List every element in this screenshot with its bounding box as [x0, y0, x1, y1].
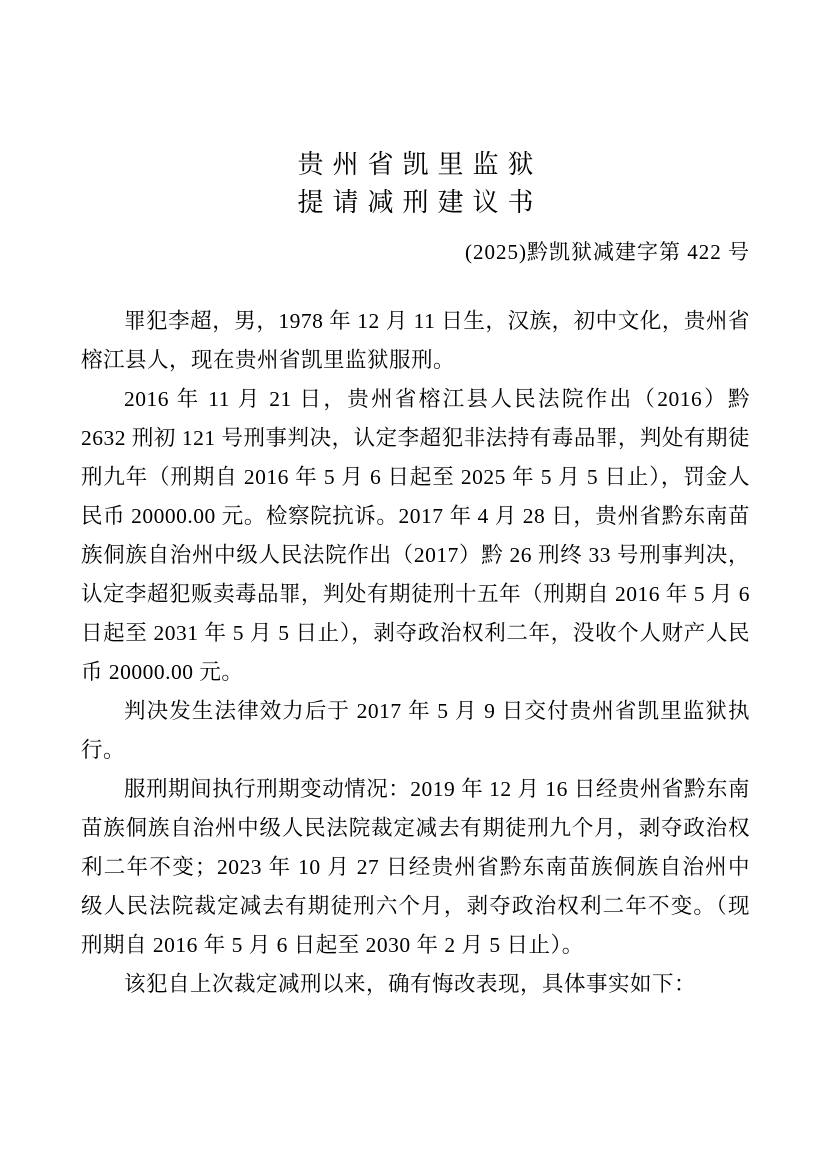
- paragraph-sentence-changes: 服刑期间执行刑期变动情况：2019 年 12 月 16 日经贵州省黔东南苗族侗族…: [81, 770, 750, 965]
- document-body: 罪犯李超，男，1978 年 12 月 11 日生，汉族，初中文化，贵州省榕江县人…: [81, 302, 750, 1004]
- document-number: (2025)黔凯狱减建字第 422 号: [81, 238, 750, 266]
- title-line-document-type: 提请减刑建议书: [81, 184, 750, 222]
- paragraph-judgment-history: 2016 年 11 月 21 日，贵州省榕江县人民法院作出（2016）黔 263…: [81, 380, 750, 692]
- title-line-prison-name: 贵州省凯里监狱: [81, 146, 750, 184]
- document-title: 贵州省凯里监狱 提请减刑建议书: [81, 146, 750, 222]
- document-content: 贵州省凯里监狱 提请减刑建议书 (2025)黔凯狱减建字第 422 号 罪犯李超…: [81, 146, 750, 1004]
- paragraph-repentance-intro: 该犯自上次裁定减刑以来，确有悔改表现，具体事实如下：: [81, 965, 750, 1004]
- paragraph-offender-info: 罪犯李超，男，1978 年 12 月 11 日生，汉族，初中文化，贵州省榕江县人…: [81, 302, 750, 380]
- document-page: 贵州省凯里监狱 提请减刑建议书 (2025)黔凯狱减建字第 422 号 罪犯李超…: [0, 0, 827, 1169]
- paragraph-delivery-to-prison: 判决发生法律效力后于 2017 年 5 月 9 日交付贵州省凯里监狱执行。: [81, 692, 750, 770]
